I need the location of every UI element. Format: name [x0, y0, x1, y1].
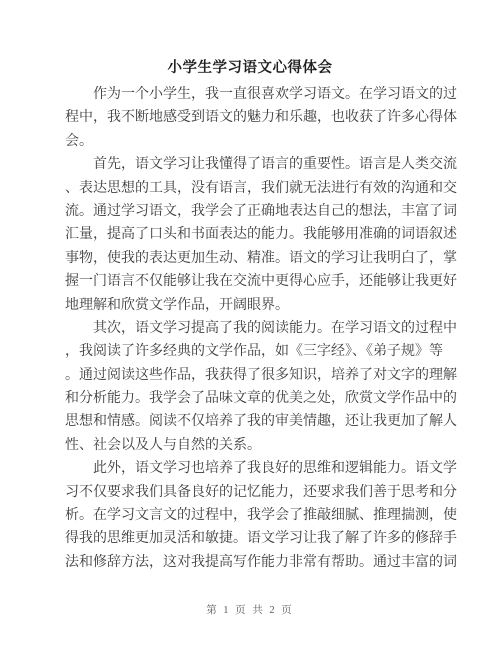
- body-line: 此外，语文学习也培养了我良好的思维和逻辑能力。语文学: [65, 457, 455, 480]
- body-line: 思想和情感。阅读不仅培养了我的审美情趣，还让我更加了解人: [65, 410, 455, 433]
- document-body: 作为一个小学生，我一直很喜欢学习语文。在学习语文的过 程中，我不断地感受到语文的…: [65, 83, 455, 574]
- body-line: 其次，语文学习提高了我的阅读能力。在学习语文的过程中: [65, 317, 455, 340]
- body-line: 。通过阅读这些作品，我获得了很多知识，培养了对文字的理解: [65, 364, 455, 387]
- body-line: 会。: [65, 130, 455, 153]
- body-line: 事物，使我的表达更加生动、精准。语文的学习让我明白了，掌: [65, 247, 455, 270]
- paragraph-intro: 作为一个小学生，我一直很喜欢学习语文。在学习语文的过 程中，我不断地感受到语文的…: [65, 83, 455, 153]
- page-number-indicator: 第 1 页 共 2 页: [0, 604, 500, 617]
- body-line: 握一门语言不仅能够让我在交流中更得心应手，还能够让我更好: [65, 270, 455, 293]
- paragraph-first-point: 首先，语文学习让我懂得了语言的重要性。语言是人类交流 、表达思想的工具，没有语言…: [65, 153, 455, 317]
- paragraph-third-point: 此外，语文学习也培养了我良好的思维和逻辑能力。语文学 习不仅要求我们具备良好的记…: [65, 457, 455, 574]
- body-line: 得我的思维更加灵活和敏捷。语文学习让我了解了许多的修辞手: [65, 527, 455, 550]
- paragraph-second-point: 其次，语文学习提高了我的阅读能力。在学习语文的过程中 ，我阅读了许多经典的文学作…: [65, 317, 455, 457]
- body-line: 地理解和欣赏文学作品，开阔眼界。: [65, 294, 455, 317]
- document-title: 小学生学习语文心得体会: [0, 59, 500, 77]
- body-line: 习不仅要求我们具备良好的记忆能力，还要求我们善于思考和分: [65, 481, 455, 504]
- body-line: ，我阅读了许多经典的文学作品，如《三字经》、《弟子规》等: [65, 340, 455, 363]
- body-line: 汇量，提高了口头和书面表达的能力。我能够用准确的词语叙述: [65, 223, 455, 246]
- body-line: 、表达思想的工具，没有语言，我们就无法进行有效的沟通和交: [65, 177, 455, 200]
- body-line: 法和修辞方法，这对我提高写作能力非常有帮助。通过丰富的词: [65, 551, 455, 574]
- body-line: 性、社会以及人与自然的关系。: [65, 434, 455, 457]
- body-line: 析。在学习文言文的过程中，我学会了推敲细腻、推理揣测，使: [65, 504, 455, 527]
- body-line: 作为一个小学生，我一直很喜欢学习语文。在学习语文的过: [65, 83, 455, 106]
- body-line: 首先，语文学习让我懂得了语言的重要性。语言是人类交流: [65, 153, 455, 176]
- body-line: 和分析能力。我学会了品味文章的优美之处，欣赏文学作品中的: [65, 387, 455, 410]
- body-line: 流。通过学习语文，我学会了正确地表达自己的想法，丰富了词: [65, 200, 455, 223]
- body-line: 程中，我不断地感受到语文的魅力和乐趣，也收获了许多心得体: [65, 106, 455, 129]
- document-page: 小学生学习语文心得体会 作为一个小学生，我一直很喜欢学习语文。在学习语文的过 程…: [0, 0, 500, 647]
